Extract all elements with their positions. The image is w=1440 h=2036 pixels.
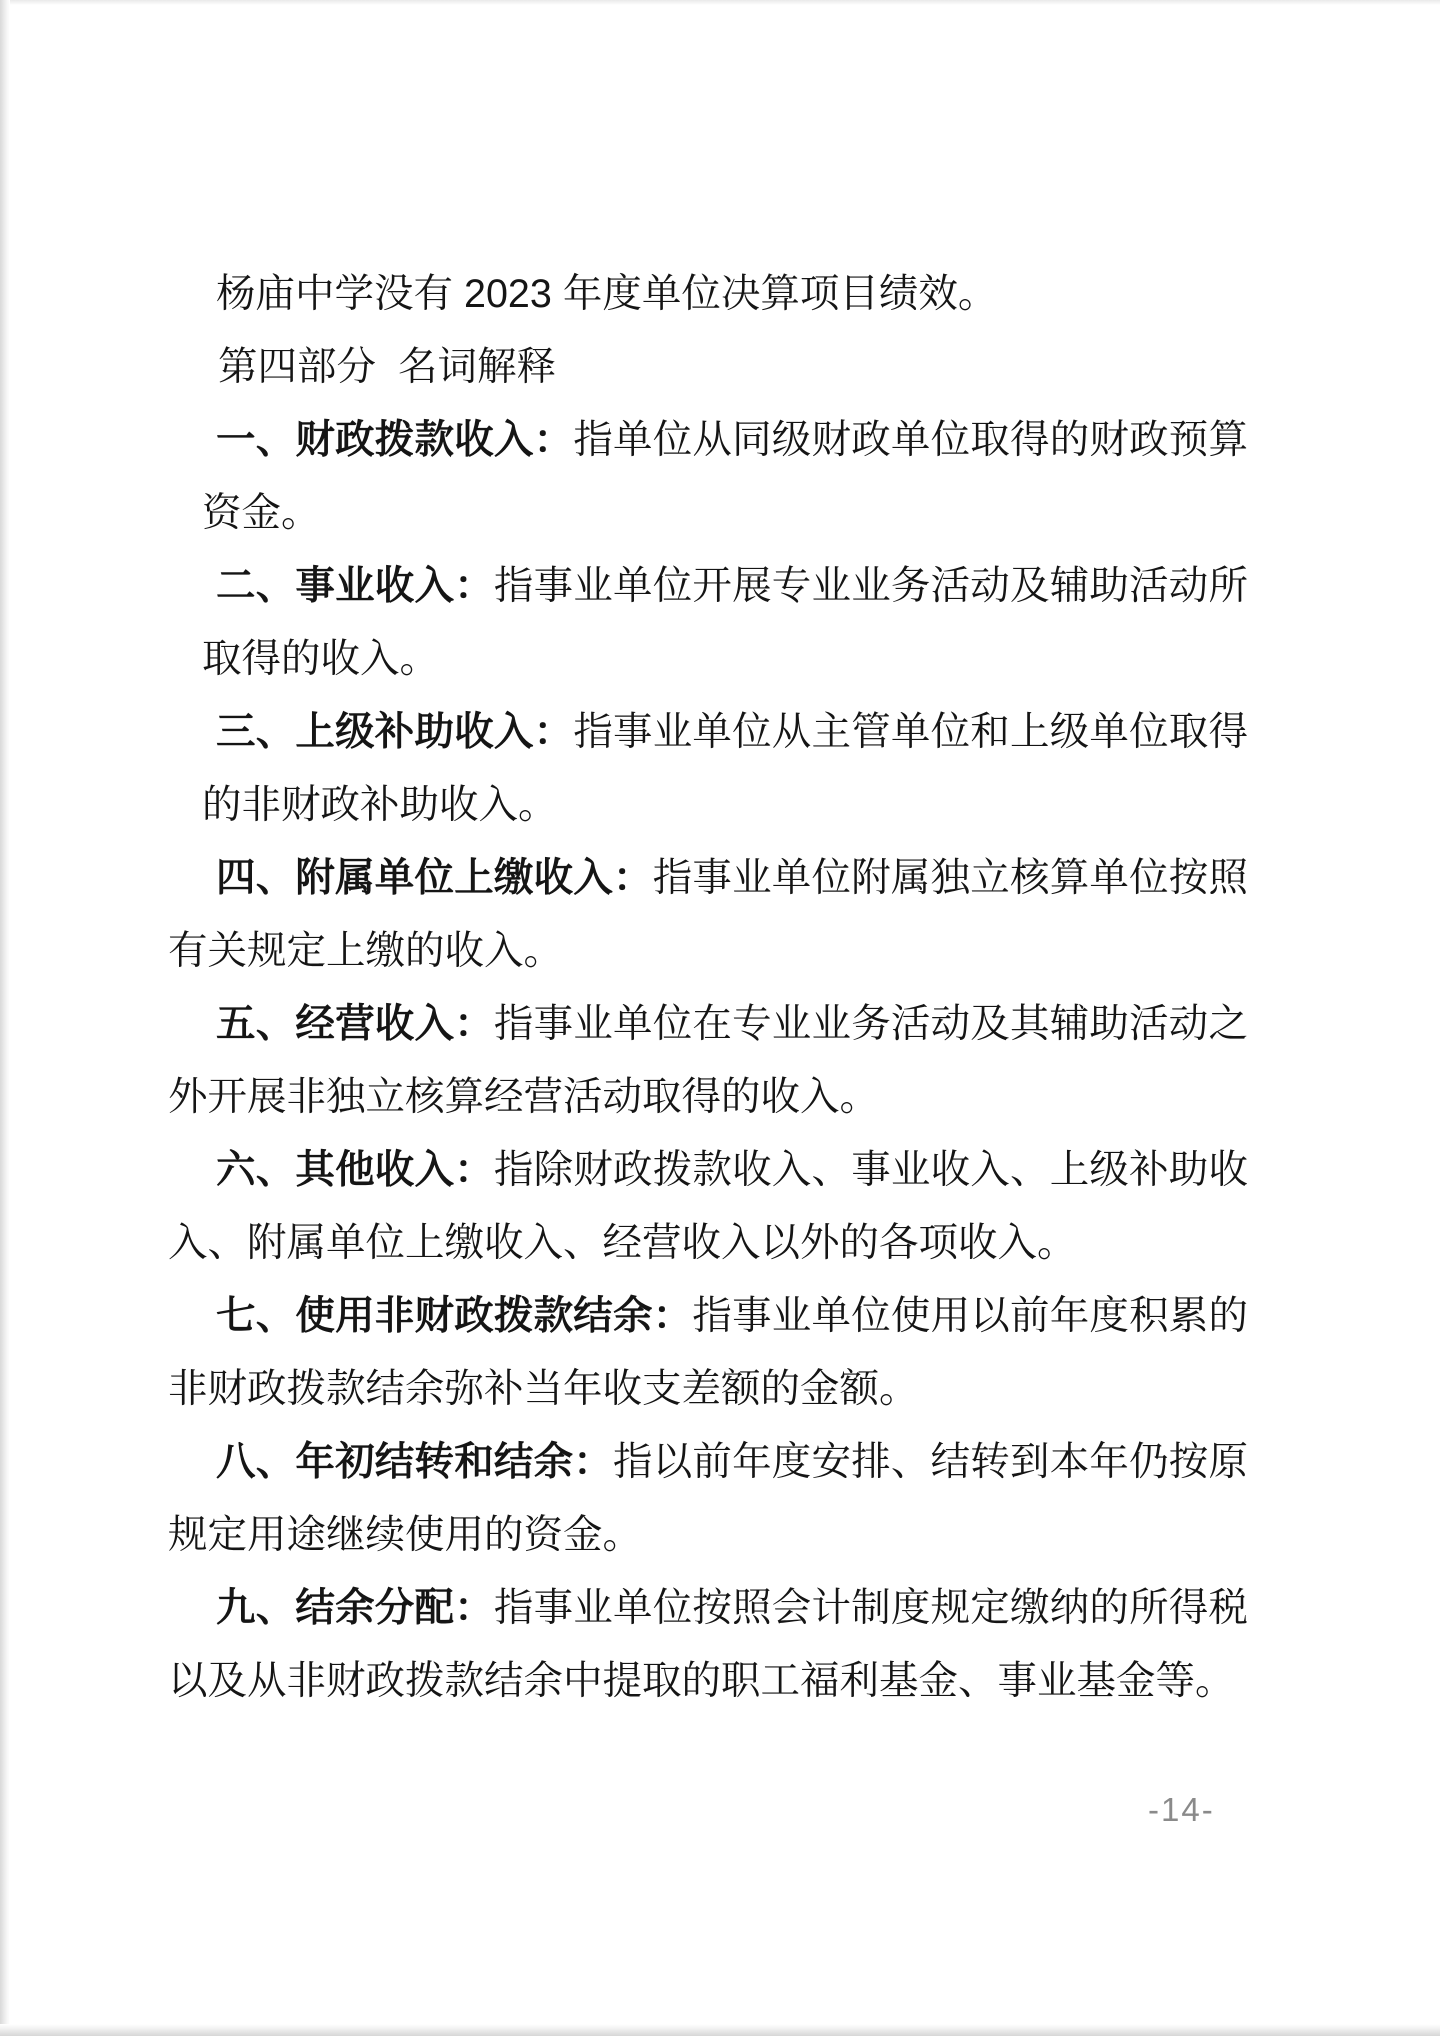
section-heading: 第四部分 名词解释	[168, 331, 1248, 404]
definition-term: 九、结余分配：	[216, 1586, 494, 1630]
definition-term: 六、其他收入：	[216, 1148, 494, 1192]
definition-paragraph: 九、结余分配：指事业单位按照会计制度规定缴纳的所得税以及从非财政拨款结余中提取的…	[168, 1572, 1248, 1718]
definition-paragraph: 八、年初结转和结余：指以前年度安排、结转到本年仍按原规定用途继续使用的资金。	[168, 1426, 1248, 1572]
definition-term: 一、财政拨款收入：	[216, 418, 573, 462]
definition-paragraph: 一、财政拨款收入：指单位从同级财政单位取得的财政预算资金。	[202, 404, 1248, 550]
definition-paragraph: 二、事业收入：指事业单位开展专业业务活动及辅助活动所取得的收入。	[202, 550, 1248, 696]
definition-paragraph: 六、其他收入：指除财政拨款收入、事业收入、上级补助收入、附属单位上缴收入、经营收…	[168, 1134, 1248, 1280]
definition-term: 八、年初结转和结余：	[216, 1440, 613, 1484]
document-page: 杨庙中学没有 2023 年度单位决算项目绩效。 第四部分 名词解释 一、财政拨款…	[0, 0, 1440, 2036]
definition-paragraph: 四、附属单位上缴收入：指事业单位附属独立核算单位按照有关规定上缴的收入。	[168, 842, 1248, 988]
definition-term: 四、附属单位上缴收入：	[216, 856, 653, 900]
definition-paragraph: 三、上级补助收入：指事业单位从主管单位和上级单位取得的非财政补助收入。	[202, 696, 1248, 842]
definition-paragraph: 五、经营收入：指事业单位在专业业务活动及其辅助活动之外开展非独立核算经营活动取得…	[168, 988, 1248, 1134]
definition-term: 二、事业收入：	[216, 564, 494, 608]
page-edge-bottom	[0, 2024, 1440, 2036]
definition-term: 三、上级补助收入：	[216, 710, 573, 754]
definition-paragraph: 七、使用非财政拨款结余：指事业单位使用以前年度积累的非财政拨款结余弥补当年收支差…	[168, 1280, 1248, 1426]
definition-term: 七、使用非财政拨款结余：	[216, 1294, 692, 1338]
document-body: 杨庙中学没有 2023 年度单位决算项目绩效。 第四部分 名词解释 一、财政拨款…	[0, 0, 1440, 1718]
intro-paragraph: 杨庙中学没有 2023 年度单位决算项目绩效。	[168, 258, 1248, 331]
page-number: -14-	[1148, 1790, 1215, 1830]
definition-term: 五、经营收入：	[216, 1002, 494, 1046]
